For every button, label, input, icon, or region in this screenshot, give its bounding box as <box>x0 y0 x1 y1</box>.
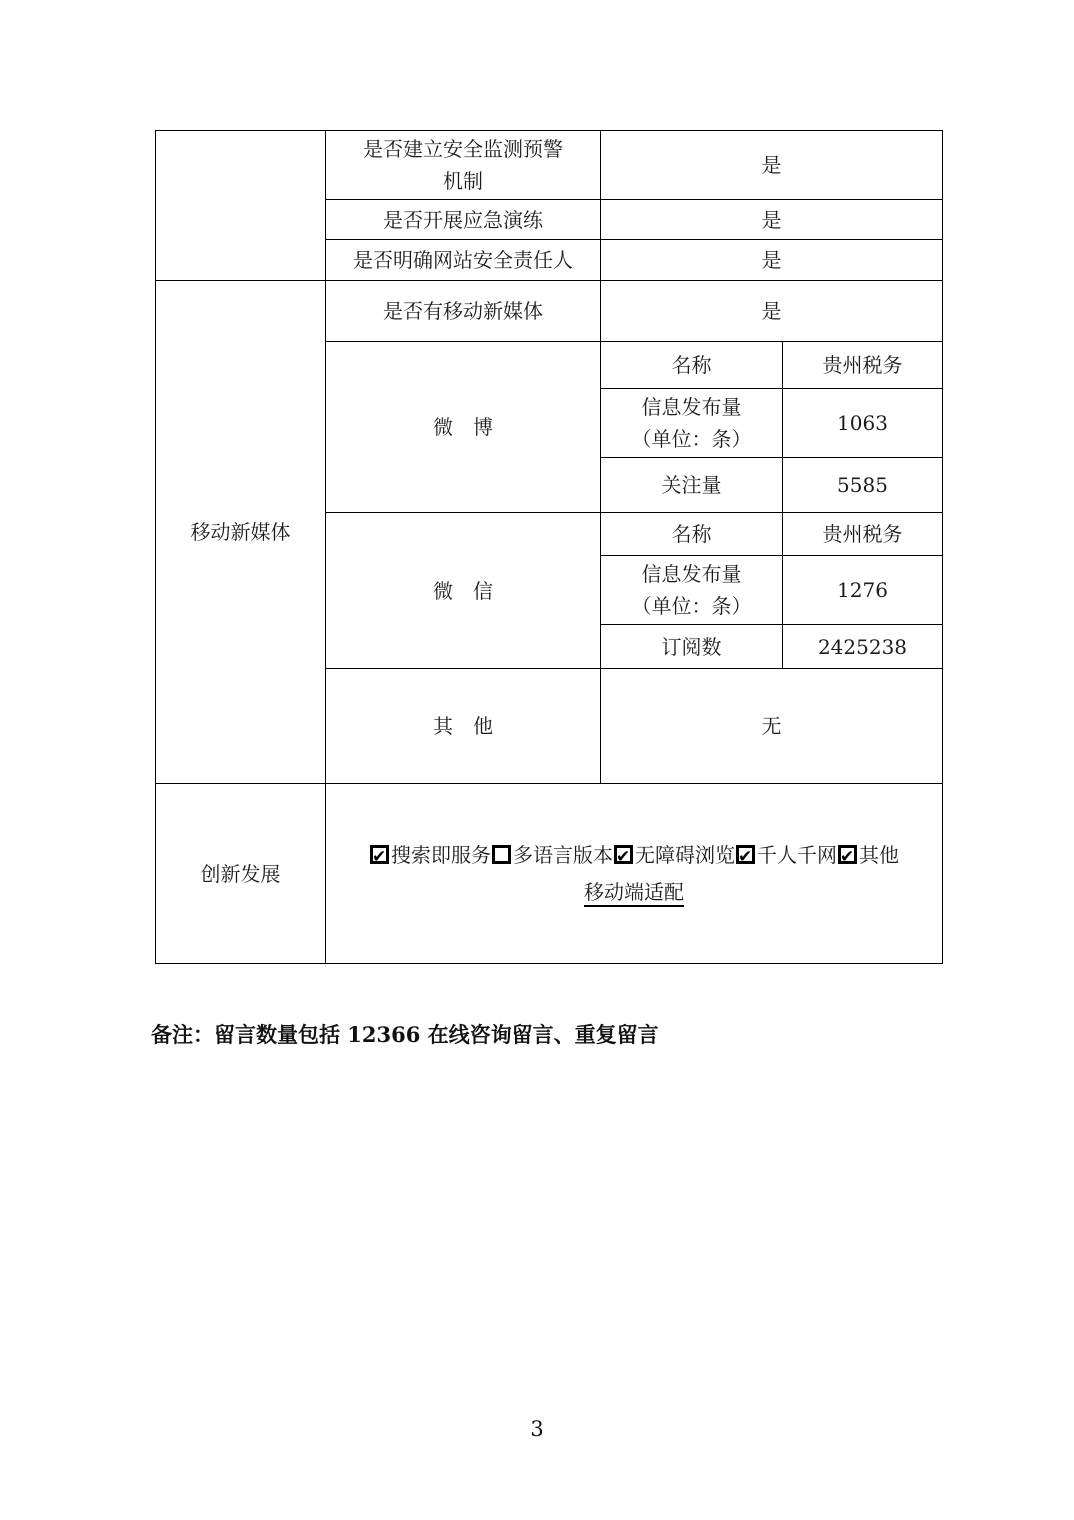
weibo-name-value: 贵州税务 <box>783 342 943 389</box>
wechat-posts-label-line1: 信息发布量 <box>611 558 772 590</box>
checkbox-checked-icon <box>370 845 389 864</box>
checkbox-checked-icon <box>614 845 633 864</box>
weibo-posts-label: 信息发布量 （单位：条） <box>601 389 783 458</box>
wechat-name-label: 名称 <box>601 513 783 556</box>
option-search-service: 搜索即服务 <box>369 843 491 867</box>
footnote: 备注：留言数量包括 12366 在线咨询留言、重复留言 <box>151 1019 659 1049</box>
weibo-followers-label: 关注量 <box>601 458 783 513</box>
wechat-posts-label-line2: （单位：条） <box>611 590 772 622</box>
weibo-followers-value: 5585 <box>783 458 943 513</box>
question-has-mobile-media: 是否有移动新媒体 <box>326 281 601 342</box>
answer-has-mobile-media: 是 <box>601 281 943 342</box>
section-cell-empty <box>156 131 326 281</box>
section-mobile-media: 移动新媒体 <box>156 281 326 784</box>
weibo-cell: 微 博 <box>326 342 601 513</box>
wechat-posts-value: 1276 <box>783 556 943 625</box>
weibo-posts-label-line1: 信息发布量 <box>611 391 772 423</box>
answer-security-responsible: 是 <box>601 240 943 281</box>
option-other-detail: 移动端适配 <box>584 880 684 907</box>
wechat-cell: 微 信 <box>326 513 601 669</box>
checkbox-checked-icon <box>736 845 755 864</box>
option-multilanguage-label: 多语言版本 <box>513 843 613 867</box>
option-accessibility-label: 无障碍浏览 <box>635 843 735 867</box>
question-emergency-drill: 是否开展应急演练 <box>326 200 601 240</box>
option-search-service-label: 搜索即服务 <box>391 843 491 867</box>
weibo-posts-label-line2: （单位：条） <box>611 423 772 455</box>
section-innovation: 创新发展 <box>156 784 326 964</box>
other-media-value: 无 <box>601 669 943 784</box>
answer-emergency-drill: 是 <box>601 200 943 240</box>
question-security-monitoring-label: 是否建立安全监测预警机制 <box>358 133 568 197</box>
option-personalization: 千人千网 <box>735 843 837 867</box>
wechat-name-value: 贵州税务 <box>783 513 943 556</box>
weibo-posts-value: 1063 <box>783 389 943 458</box>
page-number: 3 <box>0 1417 1074 1441</box>
wechat-posts-label: 信息发布量 （单位：条） <box>601 556 783 625</box>
checkbox-checked-icon <box>838 845 857 864</box>
innovation-options: 搜索即服务多语言版本无障碍浏览千人千网其他 移动端适配 <box>336 837 932 911</box>
innovation-options-cell: 搜索即服务多语言版本无障碍浏览千人千网其他 移动端适配 <box>326 784 943 964</box>
question-security-monitoring: 是否建立安全监测预警机制 <box>326 131 601 200</box>
option-multilanguage: 多语言版本 <box>491 843 613 867</box>
question-security-responsible: 是否明确网站安全责任人 <box>326 240 601 281</box>
other-media-label: 其 他 <box>326 669 601 784</box>
weibo-name-label: 名称 <box>601 342 783 389</box>
wechat-subscribers-label: 订阅数 <box>601 625 783 669</box>
option-accessibility: 无障碍浏览 <box>613 843 735 867</box>
checkbox-unchecked-icon <box>492 845 511 864</box>
option-personalization-label: 千人千网 <box>757 843 837 867</box>
option-other-label: 其他 <box>859 843 899 867</box>
answer-security-monitoring: 是 <box>601 131 943 200</box>
annual-report-table: 是否建立安全监测预警机制 是 是否开展应急演练 是 是否明确网站安全责任人 是 … <box>155 130 943 964</box>
wechat-subscribers-value: 2425238 <box>783 625 943 669</box>
option-other: 其他 <box>837 843 899 867</box>
